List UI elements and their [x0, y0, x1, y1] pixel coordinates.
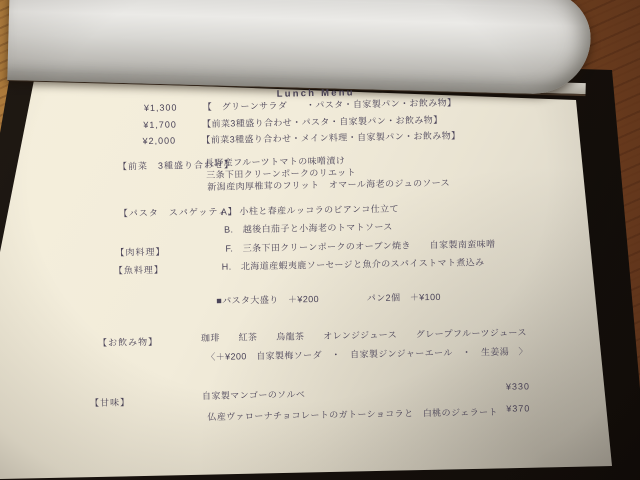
dessert-item-name: 自家製マンゴーのソルベ	[202, 389, 305, 402]
page-title: Lunch Menu	[277, 87, 355, 99]
menu-photo: Lunch Menu ¥1,300 【 グリーンサラダ ・パスタ・自家製パン・お…	[0, 0, 640, 480]
dessert-section-label: 【甘味】	[90, 397, 130, 409]
course-description: 【前菜3種盛り合わせ・メイン料理・自家製パン・お飲み物】	[201, 131, 460, 146]
set-course-row: ¥1,300 【 グリーンサラダ ・パスタ・自家製パン・お飲み物】	[144, 98, 457, 114]
course-description: 【 グリーンサラダ ・パスタ・自家製パン・お飲み物】	[203, 98, 457, 112]
bread-option: パン2個 ＋¥100	[367, 292, 441, 303]
menu-item: A. 小柱と春産ルッコラのビアンコ仕立て	[221, 204, 399, 218]
menu-item: F. 三条下田クリーンポークのオーブン焼き 自家製南蛮味噌	[225, 239, 495, 255]
drinks-section-label: 【お飲み物】	[98, 337, 158, 349]
course-price: ¥2,000	[142, 135, 198, 147]
course-price: ¥1,700	[143, 119, 199, 131]
extras-row: ■パスタ大盛り ＋¥200 パン2個 ＋¥100	[216, 292, 441, 307]
drinks-premium: 〈＋¥200 自家製梅ソーダ ・ 自家製ジンジャーエール ・ 生姜湯 〉	[206, 346, 528, 363]
drinks-included: 珈琲 紅茶 烏龍茶 オレンジジュース グレープフルーツジュース	[201, 327, 527, 344]
course-price: ¥1,300	[144, 102, 200, 114]
set-course-row: ¥1,700 【前菜3種盛り合わせ・パスタ・自家製パン・お飲み物】	[143, 115, 442, 131]
course-description: 【前菜3種盛り合わせ・パスタ・自家製パン・お飲み物】	[202, 115, 443, 129]
menu-item: H. 北海道産蝦夷鹿ソーセージと魚介のスパイストマト煮込み	[222, 257, 485, 273]
pasta-large-option: ■パスタ大盛り ＋¥200	[216, 294, 319, 306]
dessert-item-name: 仏産ヴァローナチョコレートのガトーショコラと 白桃のジェラート	[207, 407, 498, 423]
dessert-item-price: ¥330	[506, 381, 530, 392]
meat-section-label: 【肉料理】	[115, 247, 165, 259]
fish-section-label: 【魚料理】	[114, 265, 164, 277]
dessert-item-price: ¥370	[506, 403, 530, 414]
menu-item: B. 越後白茄子と小海老のトマトソース	[224, 222, 393, 236]
menu-page-content: Lunch Menu ¥1,300 【 グリーンサラダ ・パスタ・自家製パン・お…	[0, 0, 640, 480]
set-course-row: ¥2,000 【前菜3種盛り合わせ・メイン料理・自家製パン・お飲み物】	[142, 131, 460, 148]
